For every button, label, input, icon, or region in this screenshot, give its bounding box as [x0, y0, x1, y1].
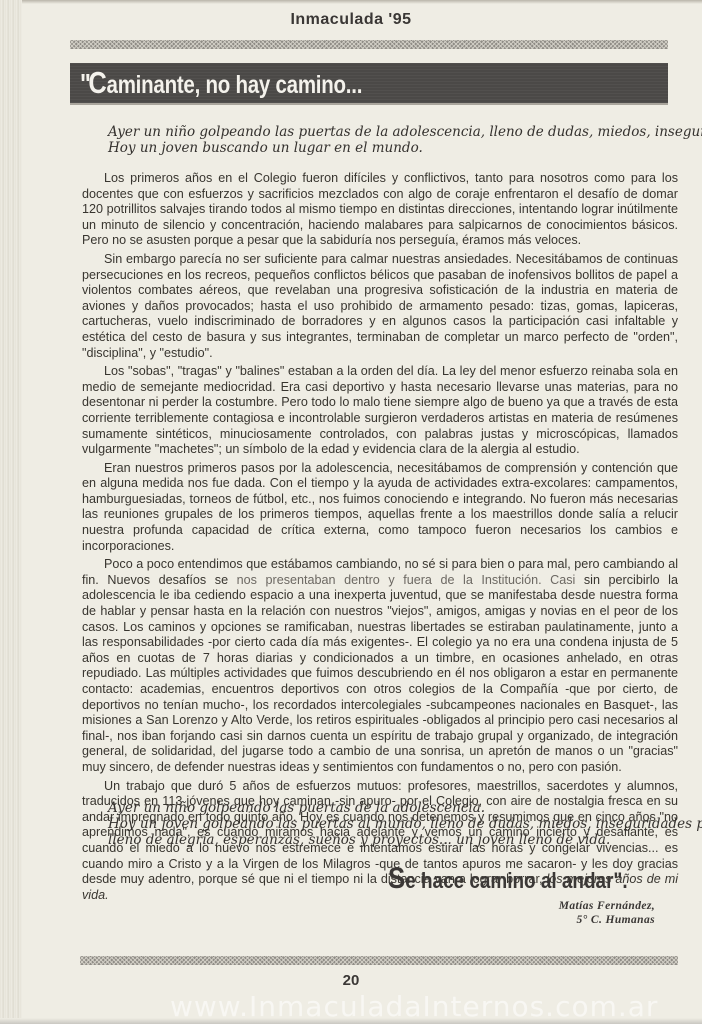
intro-script-verse: Ayer un niño golpeando las puertas de la…	[108, 124, 702, 156]
scan-bottom-edge	[0, 1018, 702, 1024]
author-name: Matías Fernández,	[559, 899, 655, 913]
faded-scan-text: nos presentaban dentro y fuera de la Ins…	[237, 573, 576, 587]
outro-line: Hoy un joven golpeando las puertas al mu…	[108, 816, 702, 832]
paragraph: Los "sobas", "tragas" y "balines" estaba…	[82, 364, 678, 458]
closing-rest: e hace camino al andar".	[405, 868, 627, 893]
closing-headline: Se hace camino al andar".	[388, 862, 628, 896]
outro-line: lleno de alegría, esperanzas, sueños y p…	[108, 832, 702, 848]
article-title: "Caminante, no hay camino...	[80, 65, 362, 101]
title-banner: "Caminante, no hay camino...	[70, 63, 668, 103]
paragraph: Sin embargo parecía no ser suficiente pa…	[82, 252, 678, 361]
scan-top-shadow	[0, 0, 702, 4]
top-hatch-divider	[70, 40, 668, 49]
author-course: 5° C. Humanas	[559, 913, 655, 927]
title-initial: C	[88, 65, 106, 100]
page-number: 20	[0, 972, 702, 989]
bottom-hatch-divider	[80, 956, 678, 965]
title-quote-mark: "	[80, 68, 88, 99]
outro-line: Ayer un niño golpeando las puertas de la…	[108, 800, 702, 816]
author-signature: Matías Fernández, 5° C. Humanas	[559, 899, 655, 927]
paragraph: Eran nuestros primeros pasos por la adol…	[82, 461, 678, 555]
closing-initial: S	[388, 862, 405, 895]
running-header: Inmaculada '95	[0, 11, 702, 29]
paragraph-text: sin percibirlo la adolescencia le iba ce…	[82, 573, 678, 774]
paragraph: Los primeros años en el Colegio fueron d…	[82, 171, 678, 249]
page-stack-edge	[0, 0, 22, 1024]
title-rest: aminante, no hay camino...	[107, 71, 363, 99]
article-body: Los primeros años en el Colegio fueron d…	[82, 171, 678, 906]
intro-line: Hoy un joven buscando un lugar en el mun…	[108, 140, 702, 156]
intro-line: Ayer un niño golpeando las puertas de la…	[108, 124, 702, 140]
paragraph: Poco a poco entendimos que estábamos cam…	[82, 557, 678, 775]
outro-script-verse: Ayer un niño golpeando las puertas de la…	[108, 800, 702, 848]
